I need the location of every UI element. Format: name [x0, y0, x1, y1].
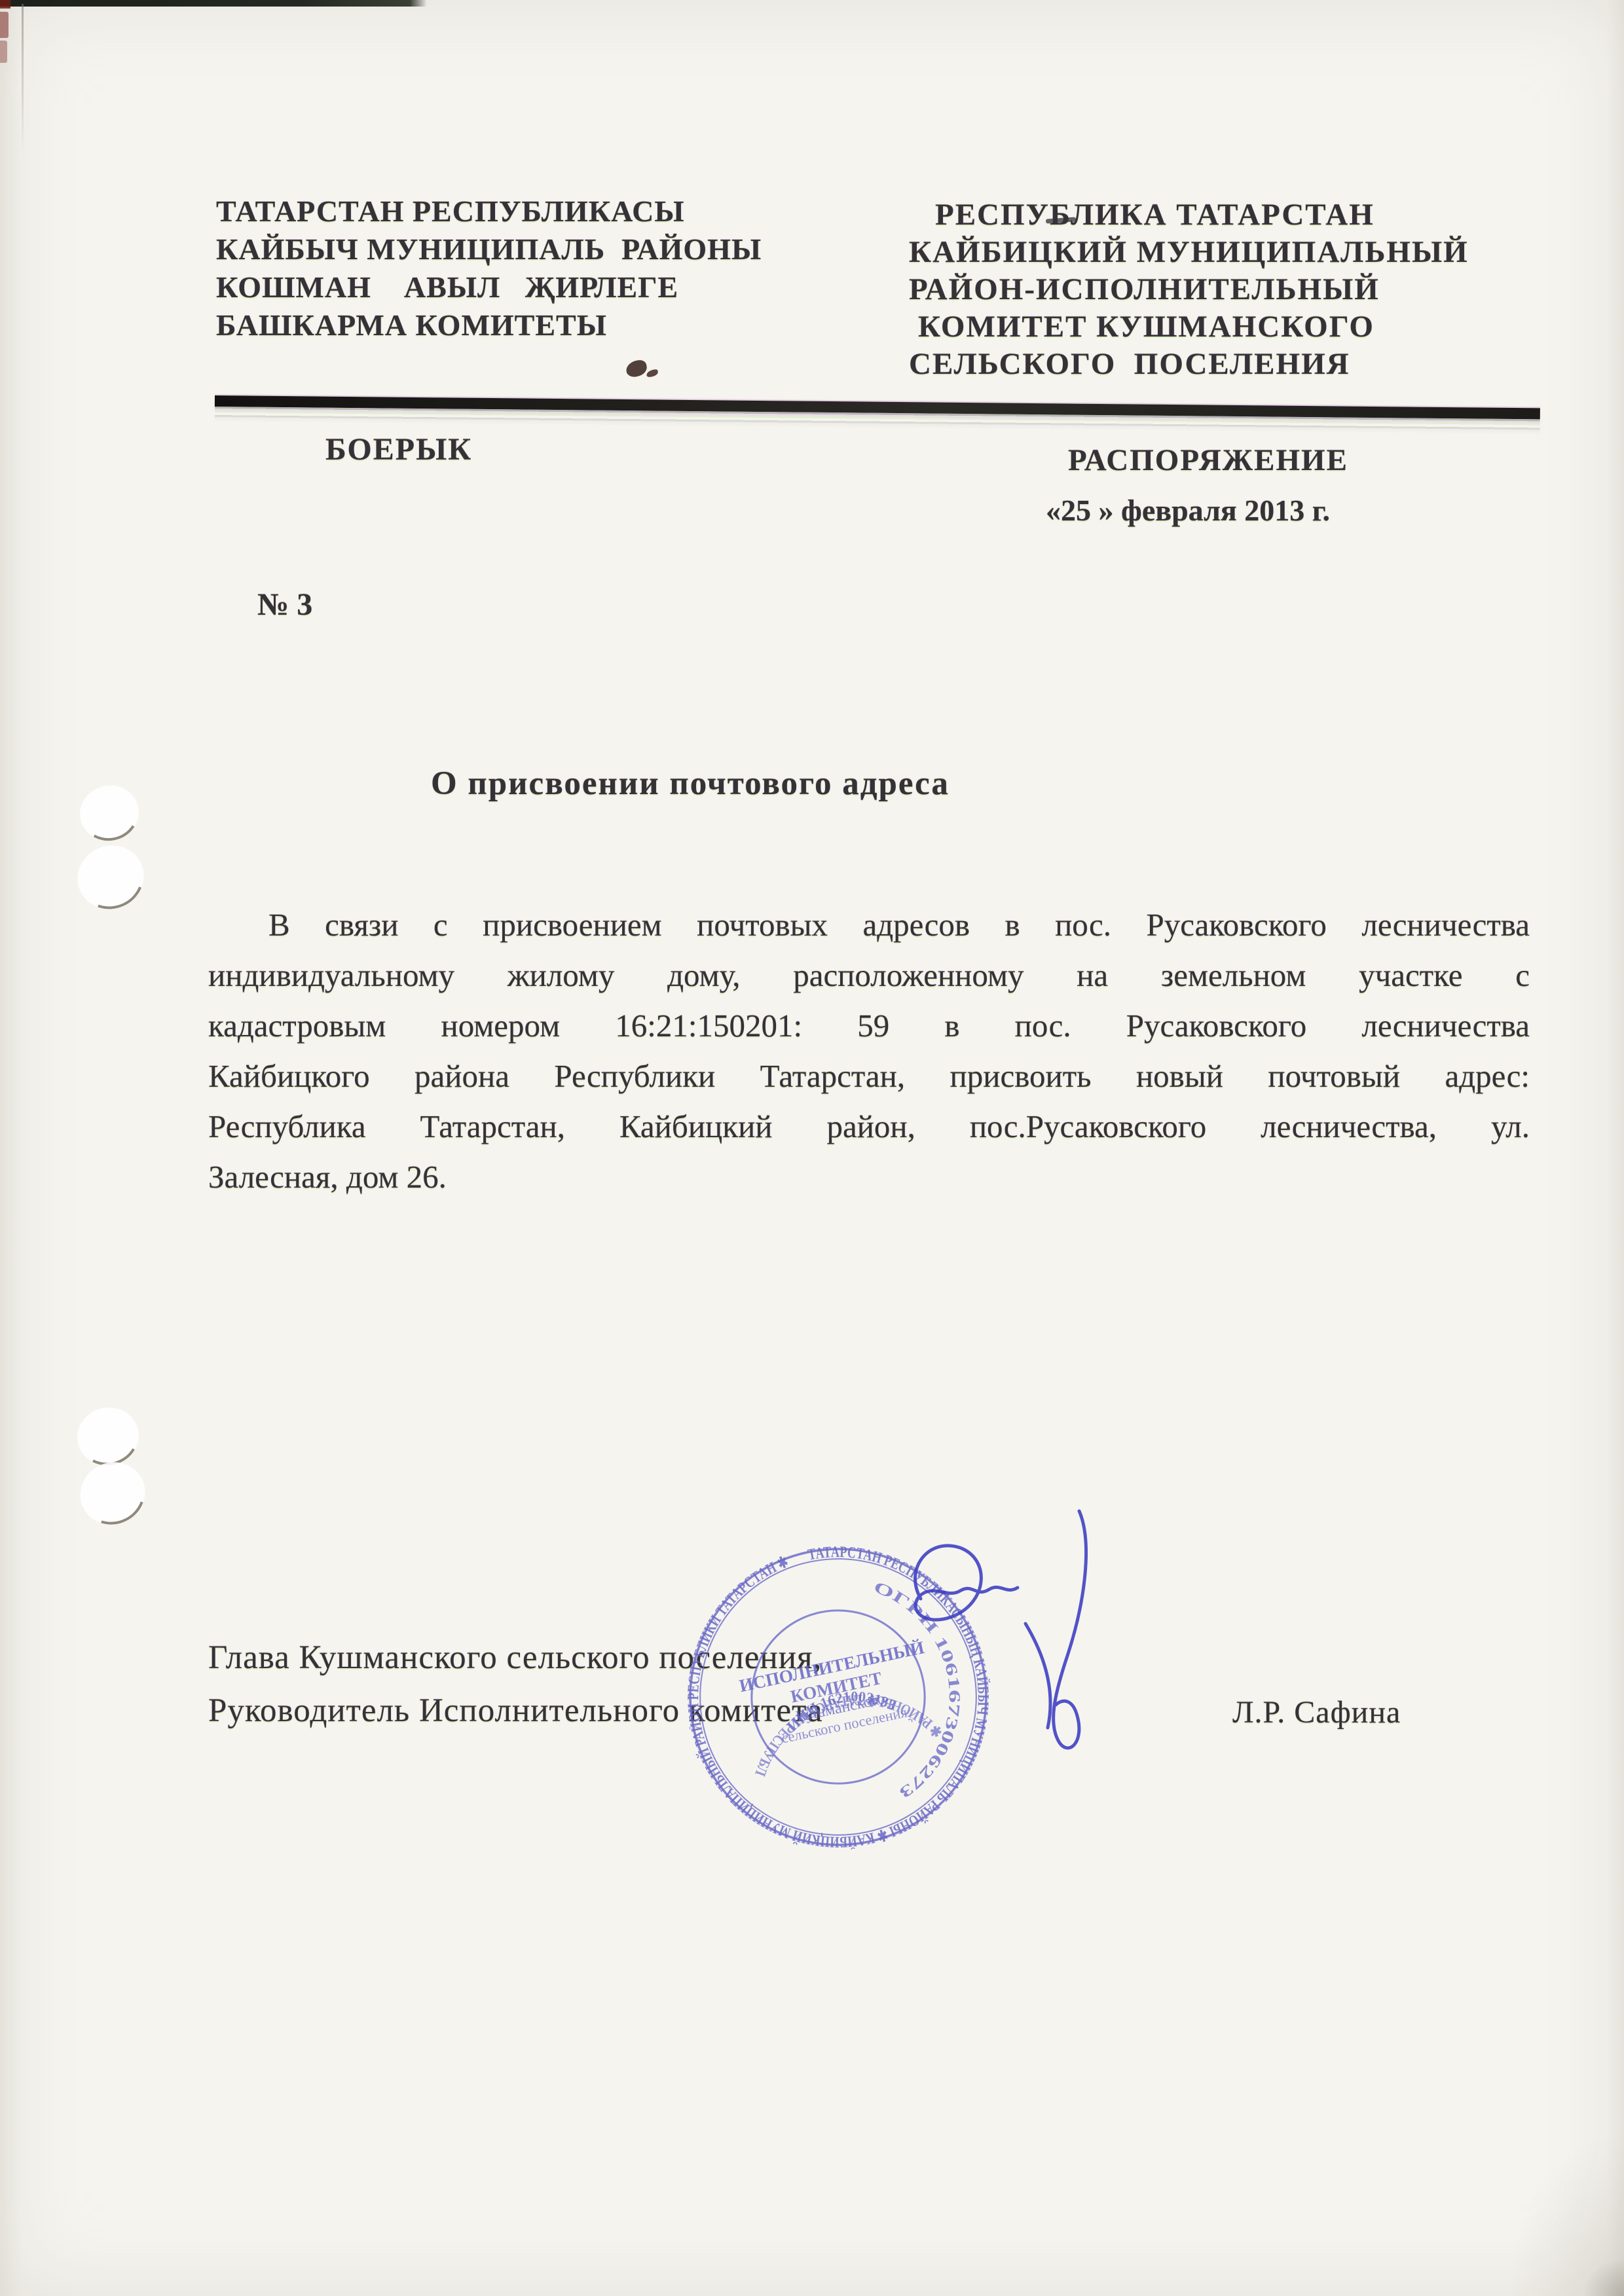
order-word-russian: РАСПОРЯЖЕНИЕ [1068, 443, 1348, 478]
letterhead-line: СЕЛЬСКОГО ПОСЕЛЕНИЯ [909, 346, 1524, 383]
order-word-tatar: БОЕРЫК [325, 431, 472, 467]
document-body: В связи с присвоением почтовых адресов в… [208, 900, 1530, 1202]
document-number: № 3 [257, 587, 312, 623]
letterhead-line: КОШМАН АВЫЛ ҖИРЛЕГЕ [216, 268, 805, 306]
letterhead-line: РАЙОН-ИСПОЛНИТЕЛЬНЫЙ [909, 271, 1524, 308]
scanned-document-page: ТАТАРСТАН РЕСПУБЛИКАСЫКАЙБЫЧ МУНИЦИПАЛЬ … [0, 0, 1624, 2296]
letterhead-line: КАЙБЫЧ МУНИЦИПАЛЬ РАЙОНЫ [216, 230, 805, 268]
letterhead-line: КОМИТЕТ КУШМАНСКОГО [909, 308, 1524, 346]
signature-ink [883, 1501, 1158, 1782]
body-line: В связи с присвоением почтовых адресов в… [208, 900, 1530, 950]
letterhead-tatar: ТАТАРСТАН РЕСПУБЛИКАСЫКАЙБЫЧ МУНИЦИПАЛЬ … [216, 192, 805, 344]
document-title: О присвоении почтового адреса [431, 765, 950, 803]
order-date: «25 » февраля 2013 г. [1046, 493, 1330, 528]
ink-blob-artifact [625, 359, 648, 378]
paper-edge-shadow [22, 4, 24, 155]
body-line: кадастровым номером 16:21:150201: 59 в п… [208, 1000, 1530, 1051]
corner-shadow [1585, 2260, 1624, 2296]
scanner-top-edge-artifact [0, 0, 427, 7]
body-line: Залесная, дом 26. [208, 1152, 1530, 1202]
punch-hole [74, 779, 145, 847]
signature-tall-stroke [1054, 1511, 1086, 1748]
body-line: Кайбицкого района Республики Татарстан, … [208, 1051, 1530, 1101]
signatory-name: Л.Р. Сафина [1232, 1694, 1401, 1730]
letterhead-line: БАШКАРМА КОМИТЕТЫ [216, 306, 805, 344]
body-line: индивидуальному жилому дому, расположенн… [208, 950, 1530, 1000]
letterhead-line: КАЙБИЦКИЙ МУНИЦИПАЛЬНЫЙ [909, 234, 1524, 271]
scanner-corner-artifact [0, 0, 10, 9]
left-edge-mark [0, 41, 7, 63]
punch-hole [69, 1451, 155, 1535]
letterhead-line: РЕСПУБЛИКА ТАТАРСТАН [909, 196, 1524, 234]
punch-hole [71, 1400, 146, 1473]
signature-loop [915, 1546, 1018, 1620]
letterhead-divider [215, 395, 1540, 436]
body-line: Республика Татарстан, Кайбицкий район, п… [208, 1101, 1530, 1152]
signature-cross-stroke [1025, 1624, 1050, 1728]
letterhead-russian: РЕСПУБЛИКА ТАТАРСТАНКАЙБИЦКИЙ МУНИЦИПАЛЬ… [909, 196, 1524, 383]
punch-hole [67, 835, 154, 919]
letterhead-line: ТАТАРСТАН РЕСПУБЛИКАСЫ [216, 192, 805, 230]
left-edge-mark [0, 12, 9, 38]
